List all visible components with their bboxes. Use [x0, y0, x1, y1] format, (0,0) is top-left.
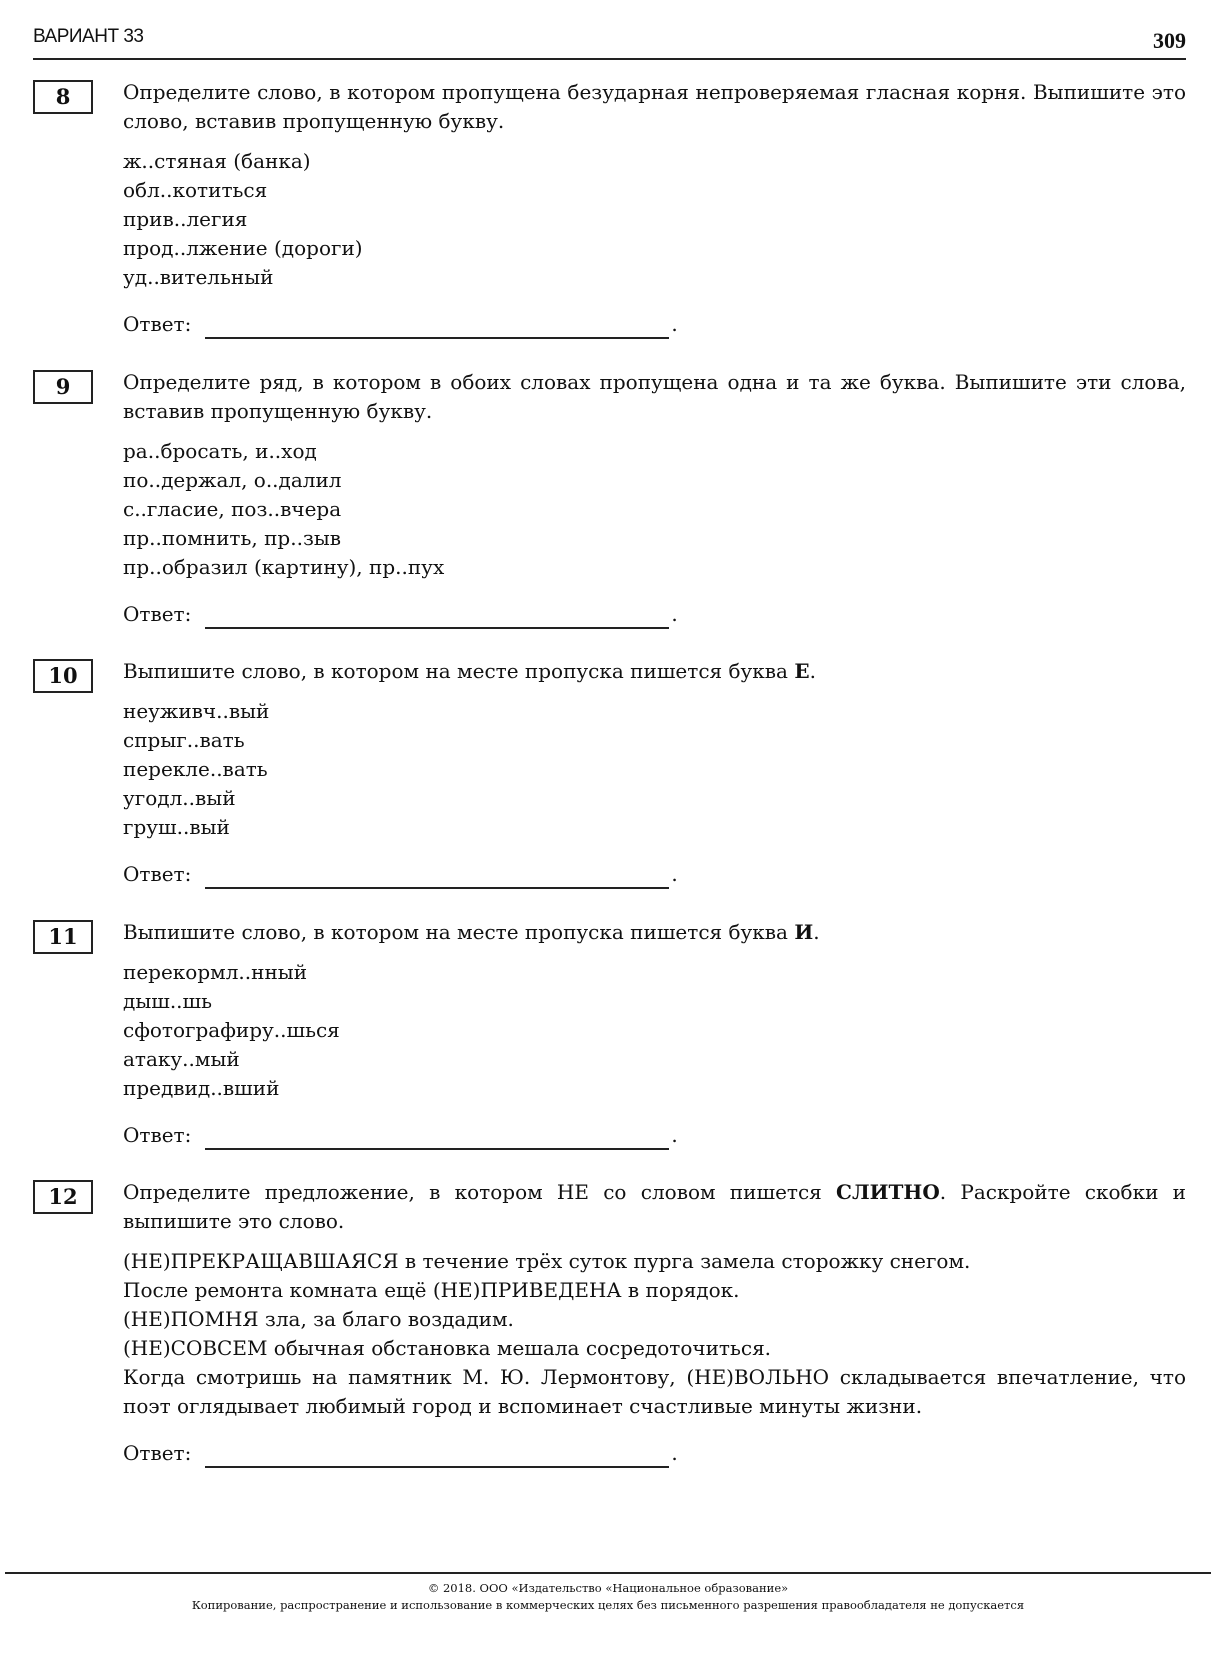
answer-label: Ответ:	[123, 860, 191, 889]
option: перекормл..нный	[123, 958, 1186, 987]
answer-field[interactable]	[205, 315, 669, 339]
answer-label: Ответ:	[123, 1439, 191, 1468]
option: пр..образил (картину), пр..пух	[123, 553, 1186, 582]
copy-notice: Копирование, распространение и использов…	[5, 1597, 1211, 1614]
task-number-box: 11	[33, 920, 93, 954]
answer-field[interactable]	[205, 1126, 669, 1150]
options-list: перекормл..нный дыш..шь сфотографиру..шь…	[123, 958, 1186, 1103]
options-list: ра..бросать, и..ход по..держал, о..далил…	[123, 437, 1186, 582]
task-question: Выпишите слово, в котором на месте пропу…	[123, 657, 1186, 686]
options-list: ж..стяная (банка) обл..котиться прив..ле…	[123, 147, 1186, 292]
answer-row: Ответ: .	[123, 1121, 1186, 1150]
page-number: 309	[1153, 28, 1186, 54]
task-9: 9 Определите ряд, в котором в обоих слов…	[33, 368, 1186, 629]
option: спрыг..вать	[123, 726, 1186, 755]
variant-title: ВАРИАНТ 33	[33, 26, 143, 48]
option: прод..лжение (дороги)	[123, 234, 1186, 263]
task-question: Определите ряд, в котором в обоих словах…	[123, 368, 1186, 426]
option: Когда смотришь на памятник М. Ю. Лермонт…	[123, 1363, 1186, 1421]
answer-field[interactable]	[205, 605, 669, 629]
page-header: ВАРИАНТ 33 309	[33, 22, 1186, 60]
option: предвид..вший	[123, 1074, 1186, 1103]
task-number-box: 9	[33, 370, 93, 404]
answer-row: Ответ: .	[123, 600, 1186, 629]
task-8: 8 Определите слово, в котором пропущена …	[33, 78, 1186, 339]
option: дыш..шь	[123, 987, 1186, 1016]
copyright: © 2018. ООО «Издательство «Национальное …	[5, 1580, 1211, 1597]
options-list: (НЕ)ПРЕКРАЩАВШАЯСЯ в течение трёх суток …	[123, 1247, 1186, 1421]
answer-label: Ответ:	[123, 600, 191, 629]
answer-row: Ответ: .	[123, 860, 1186, 889]
task-number-box: 10	[33, 659, 93, 693]
option: (НЕ)ПРЕКРАЩАВШАЯСЯ в течение трёх суток …	[123, 1247, 1186, 1276]
option: угодл..вый	[123, 784, 1186, 813]
option: ж..стяная (банка)	[123, 147, 1186, 176]
option: (НЕ)СОВСЕМ обычная обстановка мешала сос…	[123, 1334, 1186, 1363]
answer-field[interactable]	[205, 865, 669, 889]
option: уд..вительный	[123, 263, 1186, 292]
answer-label: Ответ:	[123, 1121, 191, 1150]
task-question: Выпишите слово, в котором на месте пропу…	[123, 918, 1186, 947]
page-footer: © 2018. ООО «Издательство «Национальное …	[5, 1572, 1211, 1614]
task-11: 11 Выпишите слово, в котором на месте пр…	[33, 918, 1186, 1150]
option: прив..легия	[123, 205, 1186, 234]
answer-field[interactable]	[205, 1444, 669, 1468]
option: по..держал, о..далил	[123, 466, 1186, 495]
option: После ремонта комната ещё (НЕ)ПРИВЕДЕНА …	[123, 1276, 1186, 1305]
option: неуживч..вый	[123, 697, 1186, 726]
task-12: 12 Определите предложение, в котором НЕ …	[33, 1178, 1186, 1468]
option: сфотографиру..шься	[123, 1016, 1186, 1045]
task-question: Определите предложение, в котором НЕ со …	[123, 1178, 1186, 1236]
option: (НЕ)ПОМНЯ зла, за благо воздадим.	[123, 1305, 1186, 1334]
answer-row: Ответ: .	[123, 310, 1186, 339]
options-list: неуживч..вый спрыг..вать перекле..вать у…	[123, 697, 1186, 842]
answer-row: Ответ: .	[123, 1439, 1186, 1468]
option: пр..помнить, пр..зыв	[123, 524, 1186, 553]
answer-label: Ответ:	[123, 310, 191, 339]
task-10: 10 Выпишите слово, в котором на месте пр…	[33, 657, 1186, 889]
task-question: Определите слово, в котором пропущена бе…	[123, 78, 1186, 136]
option: обл..котиться	[123, 176, 1186, 205]
task-number-box: 8	[33, 80, 93, 114]
option: ра..бросать, и..ход	[123, 437, 1186, 466]
option: перекле..вать	[123, 755, 1186, 784]
task-number-box: 12	[33, 1180, 93, 1214]
option: с..гласие, поз..вчера	[123, 495, 1186, 524]
option: груш..вый	[123, 813, 1186, 842]
option: атаку..мый	[123, 1045, 1186, 1074]
